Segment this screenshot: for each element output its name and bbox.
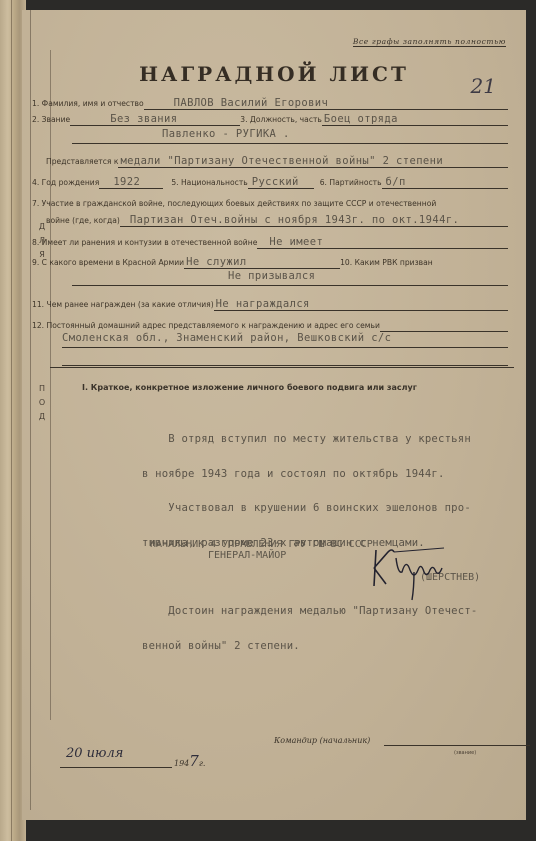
- field-rank-position: 2. Звание Без звания 3. Должность, часть…: [32, 110, 508, 126]
- margin-letter: О: [36, 396, 48, 410]
- field-label: 2. Звание: [32, 115, 70, 126]
- fill-all-fields-notice: Все графы заполнять полностью: [353, 37, 506, 47]
- field-label: 8. Имеет ли ранения и контузии в отечест…: [32, 238, 257, 249]
- margin-letter: П: [36, 382, 48, 396]
- field-label: 7. Участие в гражданской войне, последую…: [32, 199, 436, 210]
- field-label: 1. Фамилия, имя и отчество: [32, 99, 144, 110]
- field-value: ПАВЛОВ Василий Егорович: [144, 97, 508, 110]
- commander-rank-caption: (звание): [454, 750, 476, 756]
- field-value: Русский: [248, 176, 314, 189]
- section-divider: [50, 367, 514, 368]
- field-value-conscription: Не призывался: [72, 270, 508, 286]
- signatory-rank: ГЕНЕРАЛ-МАЙОР: [208, 550, 286, 561]
- field-label: войне (где, когда): [32, 216, 120, 227]
- field-label: 11. Чем ранее награжден (за какие отличи…: [32, 300, 214, 311]
- field-value: Не награждался: [214, 298, 508, 311]
- field-war-participation-label: 7. Участие в гражданской войне, последую…: [32, 194, 508, 210]
- date-year-digit: 7: [189, 752, 199, 770]
- date-year: 1947г.: [174, 752, 205, 770]
- field-birth-nationality-party: 4. Год рождения 1922 5. Национальность Р…: [32, 173, 508, 189]
- margin-rule: [30, 10, 31, 810]
- commander-label: Командир (начальник): [274, 736, 370, 745]
- field-blank-line: [62, 350, 508, 366]
- date-handwritten: 20 июля: [66, 746, 123, 761]
- field-label: 10. Каким РВК призван: [340, 258, 433, 269]
- field-label: 6. Партийность: [314, 178, 382, 189]
- date-year-suffix: г.: [199, 759, 206, 768]
- section-title: I. Краткое, конкретное изложение личного…: [82, 383, 417, 392]
- signatory-title: НАЧАЛЬНИК 4 УПРАВЛЕНИЯ ГРУ ГШ ВС СССР: [150, 539, 373, 550]
- field-value: б/п: [382, 176, 508, 189]
- field-wounds: 8. Имеет ли ранения и контузии в отечест…: [32, 233, 508, 249]
- field-label: Представляется к: [32, 157, 118, 168]
- field-label: 5. Национальность: [163, 178, 247, 189]
- field-value-continuation: Павленко - РУГИКА .: [72, 128, 508, 144]
- field-award: Представляется к медали "Партизану Отече…: [32, 152, 508, 168]
- field-value: Не служил: [184, 256, 340, 269]
- narrative-line: в ноябре 1943 года и состоял по октябрь …: [142, 469, 514, 481]
- field-value: Не имеет: [257, 236, 508, 249]
- field-label: 12. Постоянный домашний адрес представля…: [32, 321, 380, 332]
- commander-signature-line: [384, 745, 530, 746]
- scan-frame: Д Л Я П О Д Все графы заполнять полность…: [0, 0, 536, 841]
- field-home-address: 12. Постоянный домашний адрес представля…: [32, 316, 508, 332]
- field-war-participation: войне (где, когда) Партизан Отеч.войны с…: [32, 211, 508, 227]
- field-value: Партизан Отеч.войны с ноября 1943г. по о…: [120, 214, 508, 227]
- margin-letter: Д: [36, 410, 48, 424]
- date-year-prefix: 194: [174, 759, 189, 768]
- field-value-address: Смоленская обл., Знаменский район, Вешко…: [62, 332, 508, 348]
- field-value: медали "Партизану Отечественной войны" 2…: [118, 155, 508, 168]
- field-full-name: 1. Фамилия, имя и отчество ПАВЛОВ Васили…: [32, 94, 508, 110]
- field-red-army-service: 9. С какого времени в Красной Армии Не с…: [32, 253, 508, 269]
- field-value: 1922: [99, 176, 163, 189]
- signature-icon: [370, 538, 460, 608]
- field-label: 3. Должность, часть: [240, 115, 322, 126]
- field-previous-awards: 11. Чем ранее награжден (за какие отличи…: [32, 295, 508, 311]
- margin-rule-inner: [50, 50, 51, 720]
- binding-line: [11, 0, 12, 841]
- field-label: 9. С какого времени в Красной Армии: [32, 258, 184, 269]
- page-title: НАГРАДНОЙ ЛИСТ: [22, 62, 526, 86]
- narrative-line: Участвовал в крушении 6 воинских эшелоно…: [142, 503, 514, 515]
- award-sheet-page: Д Л Я П О Д Все графы заполнять полность…: [22, 10, 526, 820]
- field-value: Без звания: [70, 113, 240, 126]
- field-value: Боец отряда: [322, 113, 508, 126]
- narrative-line: В отряд вступил по месту жительства у кр…: [142, 434, 514, 446]
- narrative-line: венной войны" 2 степени.: [142, 641, 514, 653]
- field-label: 4. Год рождения: [32, 178, 99, 189]
